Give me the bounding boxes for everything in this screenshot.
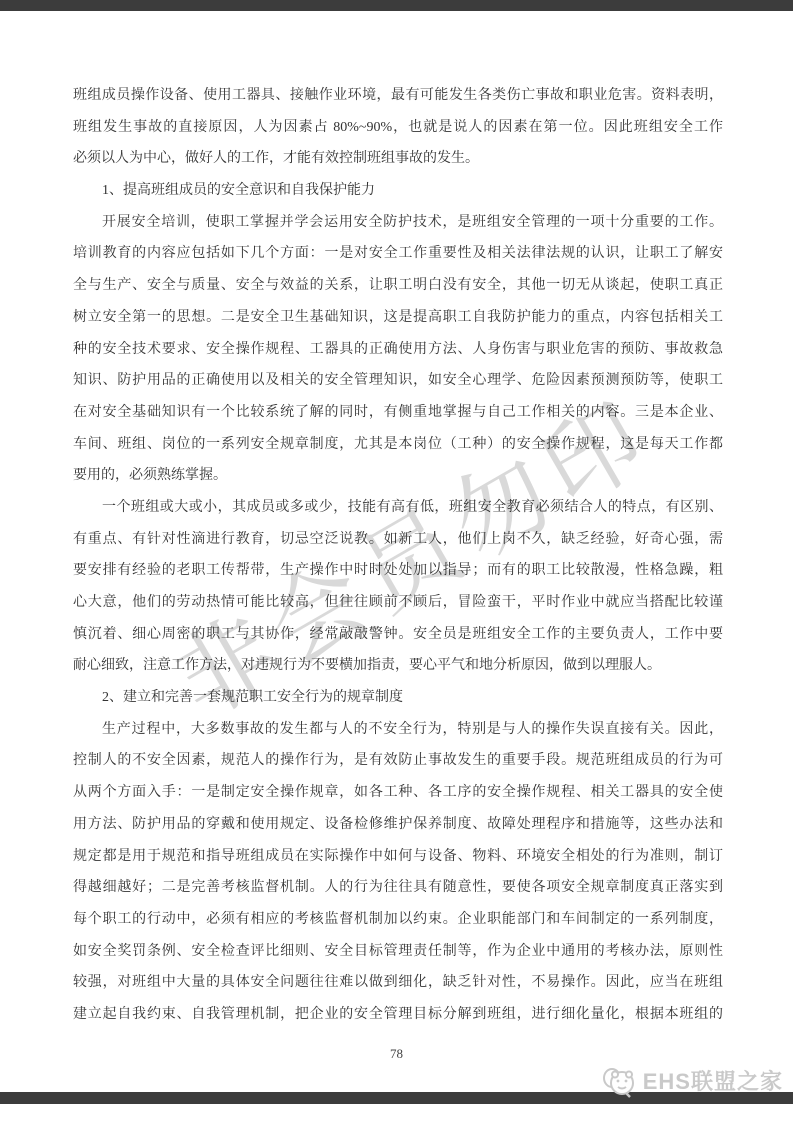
text-line: 必须以人为中心，做好人的工作，才能有效控制班组事故的发生。 [73,143,723,175]
text-line: 一个班组或大或小，其成员或多或少，技能有高有低，班组安全教育必须结合人的特点，有… [73,492,723,524]
text-line: 得越细越好；二是完善考核监督机制。人的行为往往具有随意性，要使各项安全规章制度真… [73,872,723,904]
text-line: 2、建立和完善一套规范职工安全行为的规章制度 [73,682,723,714]
text-line: 班组成员操作设备、使用工器具、接触作业环境，最有可能发生各类伤亡事故和职业危害。… [73,80,723,112]
text-line: 生产过程中，大多数事故的发生都与人的不安全行为，特别是与人的操作失误直接有关。因… [73,714,723,746]
text-line: 要用的，必须熟练掌握。 [73,460,723,492]
text-line: 如安全奖罚条例、安全检查评比细则、安全目标管理责任制等，作为企业中通用的考核办法… [73,936,723,968]
text-line: 较强，对班组中大量的具体安全问题往往难以做到细化，缺乏针对性，不易操作。因此，应… [73,967,723,999]
text-line: 在对安全基础知识有一个比较系统了解的同时，有侧重地掌握与自己工作相关的内容。三是… [73,397,723,429]
text-line: 车间、班组、岗位的一系列安全规章制度，尤其是本岗位（工种）的安全操作规程，这是每… [73,429,723,461]
text-line: 控制人的不安全因素，规范人的操作行为，是有效防止事故发生的重要手段。规范班组成员… [73,745,723,777]
panda-chat-bubble-icon [602,1066,638,1098]
text-line: 耐心细致，注意工作方法，对违规行为不要横加指责，要心平气和地分析原因，做到以理服… [73,650,723,682]
text-line: 班组发生事故的直接原因，人为因素占 80%~90%，也就是说人的因素在第一位。因… [73,112,723,144]
top-edge-bar [0,0,793,11]
text-line: 心大意，他们的劳动热情可能比较高，但往往顾前不顾后，冒险蛮干，平时作业中就应当搭… [73,587,723,619]
text-line: 要安排有经验的老职工传帮带，生产操作中时时处处加以指导；而有的职工比较散漫，性格… [73,555,723,587]
document-page: 非会员勿印 班组成员操作设备、使用工器具、接触作业环境，最有可能发生各类伤亡事故… [0,0,793,1122]
text-line: 培训教育的内容应包括如下几个方面：一是对安全工作重要性及相关法律法规的认识，让职… [73,238,723,270]
text-line: 知识、防护用品的正确使用以及相关的安全管理知识，如安全心理学、危险因素预测预防等… [73,365,723,397]
text-line: 开展安全培训，使职工掌握并学会运用安全防护技术，是班组安全管理的一项十分重要的工… [73,207,723,239]
page-number: 78 [0,1046,793,1062]
text-line: 规定都是用于规范和指导班组成员在实际操作中如何与设备、物料、环境安全相处的行为准… [73,841,723,873]
text-line: 树立安全第一的思想。二是安全卫生基础知识，这是提高职工自我防护能力的重点，内容包… [73,302,723,334]
text-line: 有重点、有针对性滴进行教育，切忌空泛说教。如新工人，他们上岗不久，缺乏经验，好奇… [73,524,723,556]
text-lines: 班组成员操作设备、使用工器具、接触作业环境，最有可能发生各类伤亡事故和职业危害。… [73,80,723,1031]
text-line: 从两个方面入手：一是制定安全操作规章，如各工种、各工序的安全操作规程、相关工器具… [73,777,723,809]
text-line: 用方法、防护用品的穿戴和使用规定、设备检修维护保养制度、故障处理程序和措施等，这… [73,809,723,841]
brand-name: EHS联盟之家 [643,1067,783,1097]
text-line: 全与生产、安全与质量、安全与效益的关系，让职工明白没有安全，其他一切无从谈起，使… [73,270,723,302]
text-line: 建立起自我约束、自我管理机制，把企业的安全管理目标分解到班组，进行细化量化，根据… [73,999,723,1031]
text-line: 每个职工的行动中，必须有相应的考核监督机制加以约束。企业职能部门和车间制定的一系… [73,904,723,936]
text-line: 慎沉着、细心周密的职工与其协作，经常敲敲警钟。安全员是班组安全工作的主要负责人，… [73,619,723,651]
text-line: 1、提高班组成员的安全意识和自我保护能力 [73,175,723,207]
brand-watermark: EHS联盟之家 [602,1066,783,1098]
text-line: 种的安全技术要求、安全操作规程、工器具的正确使用方法、人身伤害与职业危害的预防、… [73,334,723,366]
